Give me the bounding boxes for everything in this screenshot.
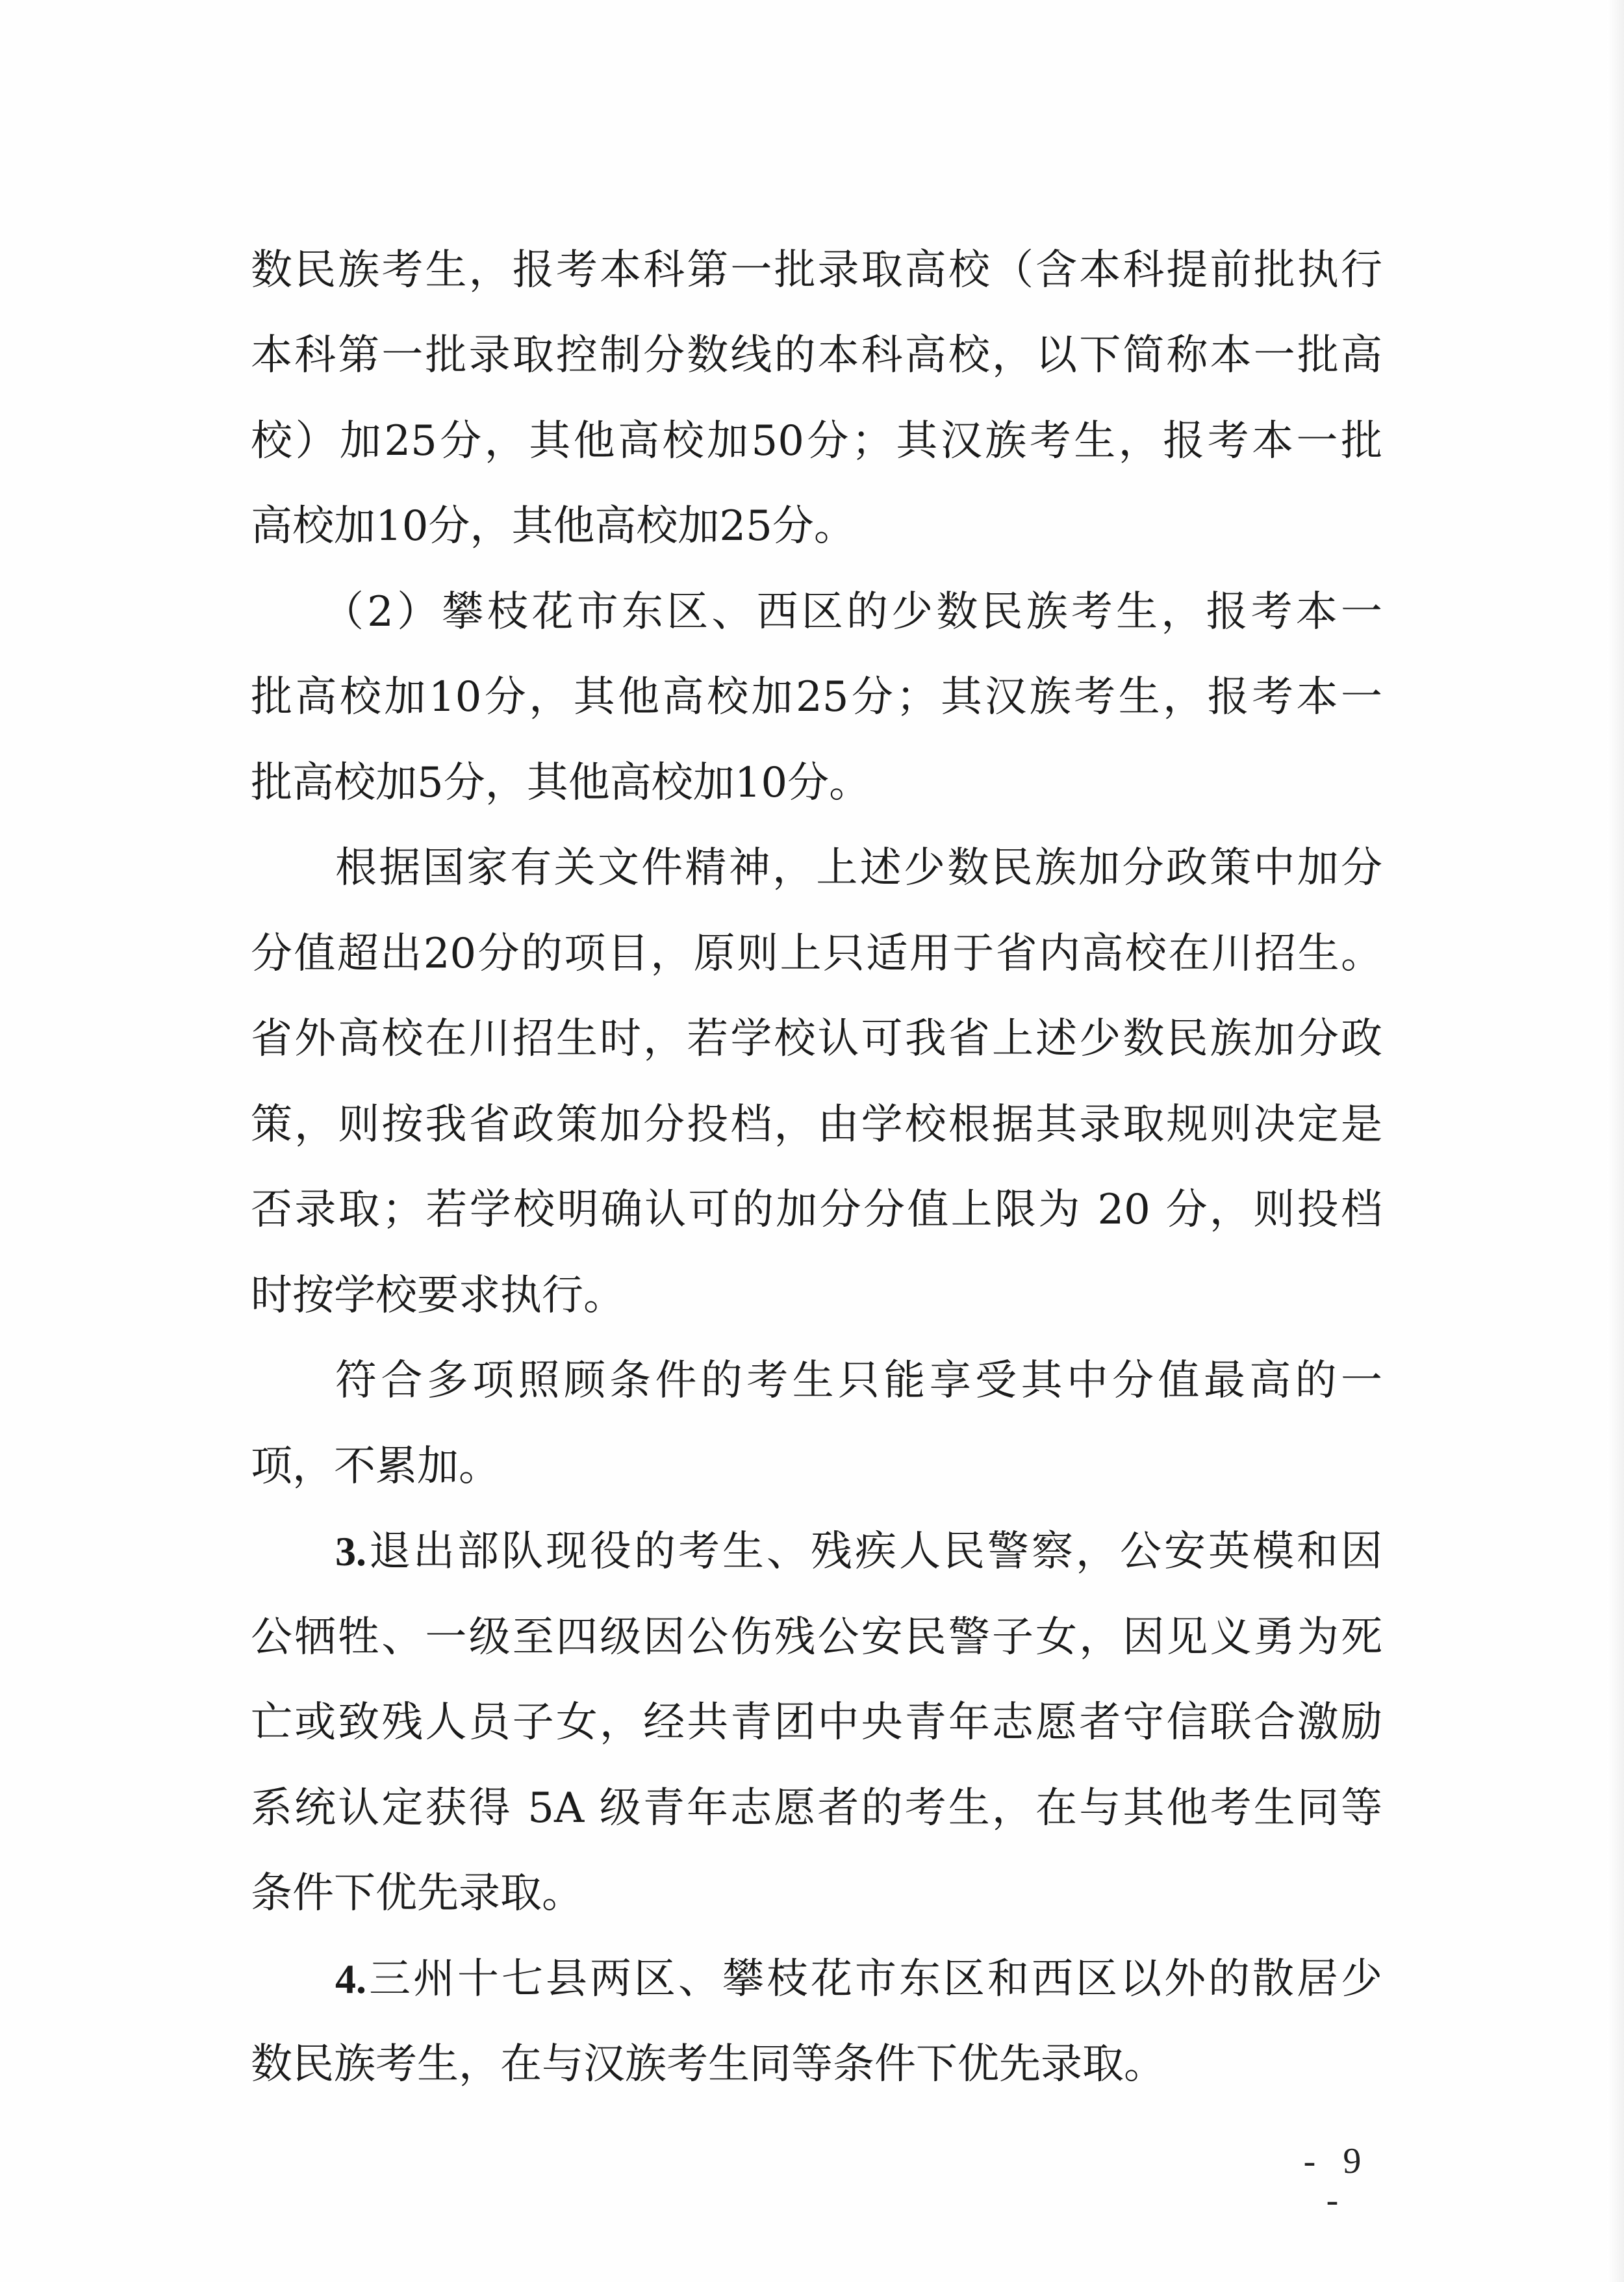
text-line: 数民族考生，报考本科第一批录取高校（含本科提前批执行 bbox=[251, 244, 1382, 296]
text-line: 校）加25分，其他高校加50分；其汉族考生，报考本一批 bbox=[251, 415, 1382, 467]
text-line: 分值超出20分的项目，原则上只适用于省内高校在川招生。 bbox=[251, 928, 1382, 980]
text-line: 数民族考生，在与汉族考生同等条件下优先录取。 bbox=[251, 2038, 1382, 2090]
numbered-item-3: 3.退出部队现役的考生、残疾人民警察，公安英模和因 bbox=[335, 1526, 1382, 1578]
text-line: 批高校加10分，其他高校加25分；其汉族考生，报考本一 bbox=[251, 671, 1382, 723]
item-number: 4. bbox=[335, 1956, 366, 2002]
text-line: 公牺牲、一级至四级因公伤残公安民警子女，因见义勇为死 bbox=[251, 1611, 1382, 1663]
item-text: 三州十七县两区、攀枝花市东区和西区以外的散居少 bbox=[366, 1955, 1382, 2003]
item-number: 3. bbox=[335, 1528, 366, 1574]
text-line: 亡或致残人员子女，经共青团中央青年志愿者守信联合激励 bbox=[251, 1697, 1382, 1749]
text-line: 项，不累加。 bbox=[251, 1441, 1382, 1493]
text-line: 批高校加5分，其他高校加10分。 bbox=[251, 757, 1382, 809]
text-line: 条件下优先录取。 bbox=[251, 1867, 1382, 1919]
page-edge-shadow bbox=[1607, 0, 1624, 2282]
item-text: 退出部队现役的考生、残疾人民警察，公安英模和因 bbox=[366, 1528, 1382, 1576]
text-line: 高校加10分，其他高校加25分。 bbox=[251, 500, 1382, 552]
text-line: 策，则按我省政策加分投档，由学校根据其录取规则决定是 bbox=[251, 1099, 1382, 1151]
text-line: 本科第一批录取控制分数线的本科高校，以下简称本一批高 bbox=[251, 329, 1382, 381]
numbered-item-4: 4.三州十七县两区、攀枝花市东区和西区以外的散居少 bbox=[335, 1953, 1382, 2005]
text-line: 省外高校在川招生时，若学校认可我省上述少数民族加分政 bbox=[251, 1013, 1382, 1065]
text-line: 时按学校要求执行。 bbox=[251, 1270, 1382, 1322]
text-line: 否录取；若学校明确认可的加分分值上限为 20 分，则投档 bbox=[251, 1184, 1382, 1236]
document-page: 数民族考生，报考本科第一批录取高校（含本科提前批执行 本科第一批录取控制分数线的… bbox=[0, 0, 1624, 2282]
text-line: （2）攀枝花市东区、西区的少数民族考生，报考本一 bbox=[322, 586, 1382, 638]
text-line: 根据国家有关文件精神，上述少数民族加分政策中加分 bbox=[335, 842, 1382, 894]
page-number: - 9 - bbox=[1285, 2142, 1389, 2181]
text-line: 系统认定获得 5A 级青年志愿者的考生，在与其他考生同等 bbox=[251, 1782, 1382, 1834]
text-line: 符合多项照顾条件的考生只能享受其中分值最高的一 bbox=[335, 1355, 1382, 1407]
